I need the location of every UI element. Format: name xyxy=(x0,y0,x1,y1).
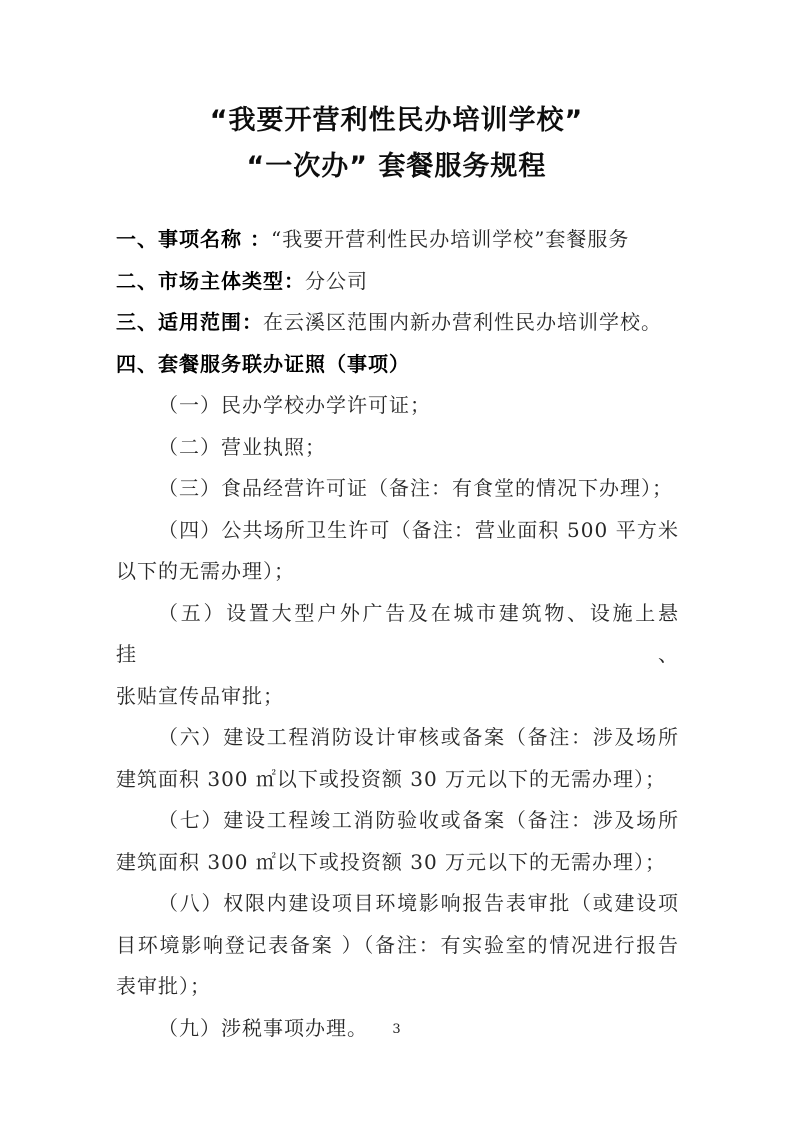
section-item-name-label: 一、事项名称 ： xyxy=(116,227,271,251)
body-line-item-8b: 目环境影响登记表备案 ）（备注：有实验室的情况进行报告 xyxy=(116,925,679,967)
section-market-entity-type-value: 分公司 xyxy=(305,269,368,293)
body-line-item-8c: 表审批）； xyxy=(116,966,679,1008)
section-item-name-value: “我要开营利性民办培训学校”套餐服务 xyxy=(271,227,629,251)
section-scope: 三、适用范围：在云溪区范围内新办营利性民办培训学校。 xyxy=(116,302,679,344)
body-line-item-4b: 以下的无需办理）； xyxy=(116,551,679,593)
body-line-item-1: （一）民办学校办学许可证； xyxy=(116,385,679,427)
body-line-item-5a: （五）设置大型户外广告及在城市建筑物、设施上悬挂、 xyxy=(116,593,679,676)
body-line-item-7a: （七）建设工程竣工消防验收或备案（备注：涉及场所 xyxy=(116,800,679,842)
page-number: 3 xyxy=(0,1020,793,1040)
section-package-heading: 四、套餐服务联办证照（事项） xyxy=(116,344,679,386)
body-line-item-7b: 建筑面积 300 ㎡以下或投资额 30 万元以下的无需办理）； xyxy=(116,842,679,884)
section-market-entity-type: 二、市场主体类型：分公司 xyxy=(116,261,679,303)
section-scope-label: 三、适用范围： xyxy=(116,310,263,334)
body-line-item-8a: （八）权限内建设项目环境影响报告表审批（或建设项 xyxy=(116,883,679,925)
doc-title-line-1: “我要开营利性民办培训学校” xyxy=(0,98,793,144)
document-page: “我要开营利性民办培训学校” “一次办” 套餐服务规程 一、事项名称 ：“我要开… xyxy=(0,0,793,1122)
doc-title: “我要开营利性民办培训学校” “一次办” 套餐服务规程 xyxy=(0,98,793,190)
section-item-name: 一、事项名称 ：“我要开营利性民办培训学校”套餐服务 xyxy=(116,219,679,261)
body-line-item-6a: （六）建设工程消防设计审核或备案（备注：涉及场所 xyxy=(116,717,679,759)
body-line-item-6b: 建筑面积 300 ㎡以下或投资额 30 万元以下的无需办理）； xyxy=(116,759,679,801)
body-line-item-2: （二）营业执照； xyxy=(116,427,679,469)
section-scope-value: 在云溪区范围内新办营利性民办培训学校。 xyxy=(263,310,662,334)
body-line-item-5b: 张贴宣传品审批； xyxy=(116,676,679,718)
body-line-item-3: （三）食品经营许可证（备注：有食堂的情况下办理）； xyxy=(116,468,679,510)
section-market-entity-type-label: 二、市场主体类型： xyxy=(116,269,305,293)
doc-title-line-2: “一次办” 套餐服务规程 xyxy=(0,144,793,190)
body-line-item-4a: （四）公共场所卫生许可（备注：营业面积 500 平方米 xyxy=(116,510,679,552)
doc-body: 一、事项名称 ：“我要开营利性民办培训学校”套餐服务 二、市场主体类型：分公司 … xyxy=(116,219,679,1049)
